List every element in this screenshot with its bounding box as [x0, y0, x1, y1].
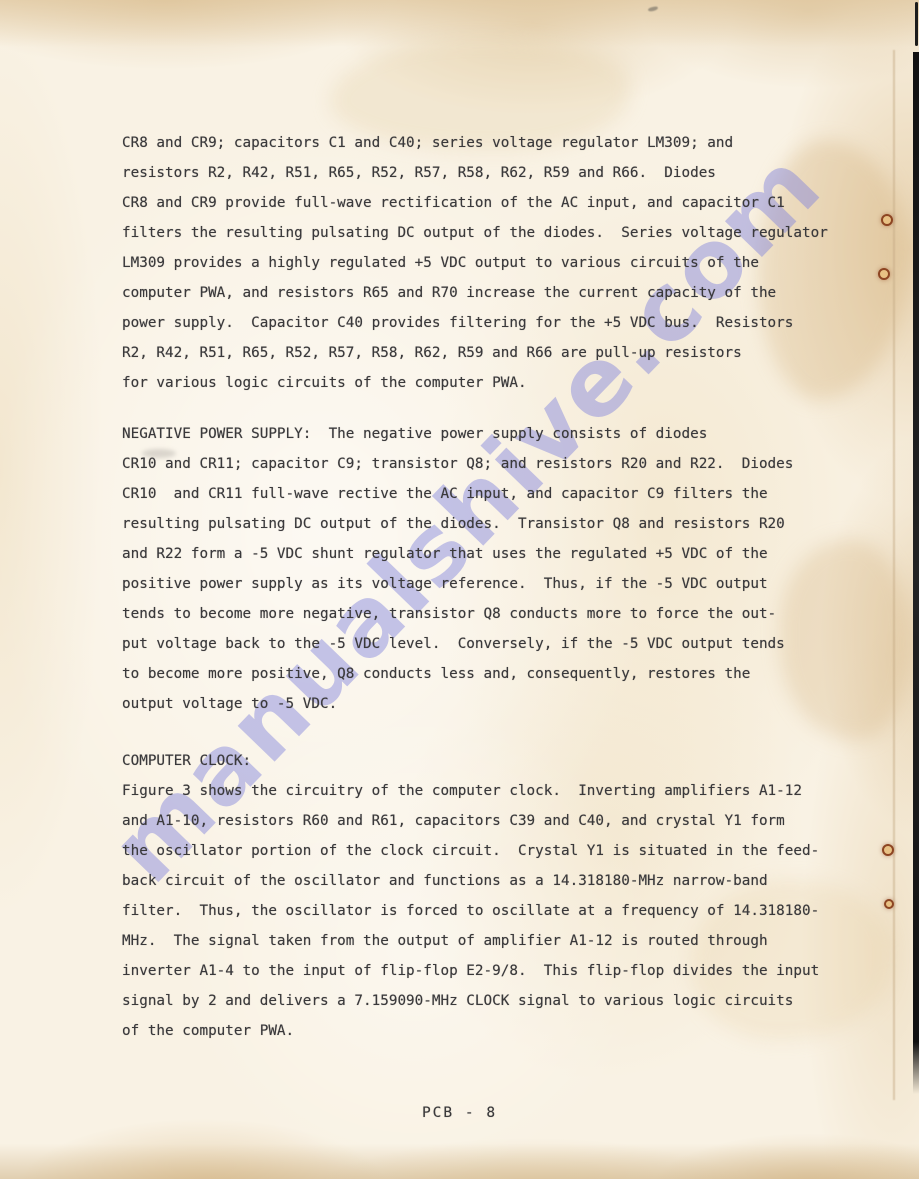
text-line: CR8 and CR9 provide full-wave rectificat…: [122, 188, 828, 218]
text-line: for various logic circuits of the comput…: [122, 368, 828, 398]
text-line: inverter A1-4 to the input of flip-flop …: [122, 956, 819, 986]
text-line: tends to become more negative, transisto…: [122, 599, 793, 629]
text-line: CR8 and CR9; capacitors C1 and C40; seri…: [122, 128, 828, 158]
text-line: COMPUTER CLOCK:: [122, 746, 819, 776]
text-line: output voltage to -5 VDC.: [122, 689, 793, 719]
text-line: Figure 3 shows the circuitry of the comp…: [122, 776, 819, 806]
scanned-manual-page: manualshive.com CR8 and CR9; capacitors …: [0, 0, 919, 1179]
text-line: to become more positive, Q8 conducts les…: [122, 659, 793, 689]
text-line: and A1-10, resistors R60 and R61, capaci…: [122, 806, 819, 836]
page-number: PCB - 8: [0, 1098, 919, 1128]
scan-edge-artifact: [915, 2, 918, 46]
scan-edge-artifact: [913, 52, 919, 1094]
text-line: filters the resulting pulsating DC outpu…: [122, 218, 828, 248]
text-line: the oscillator portion of the clock circ…: [122, 836, 819, 866]
text-line: positive power supply as its voltage ref…: [122, 569, 793, 599]
text-line: and R22 form a -5 VDC shunt regulator th…: [122, 539, 793, 569]
paragraph-computer-clock: COMPUTER CLOCK:Figure 3 shows the circui…: [122, 746, 819, 1046]
text-line: resistors R2, R42, R51, R65, R52, R57, R…: [122, 158, 828, 188]
text-line: LM309 provides a highly regulated +5 VDC…: [122, 248, 828, 278]
paragraph-negative-power-supply: NEGATIVE POWER SUPPLY: The negative powe…: [122, 419, 793, 719]
text-line: back circuit of the oscillator and funct…: [122, 866, 819, 896]
text-line: CR10 and CR11 full-wave rective the AC i…: [122, 479, 793, 509]
text-line: of the computer PWA.: [122, 1016, 819, 1046]
rust-spot: [884, 899, 894, 909]
text-line: power supply. Capacitor C40 provides fil…: [122, 308, 828, 338]
text-line: NEGATIVE POWER SUPPLY: The negative powe…: [122, 419, 793, 449]
text-line: CR10 and CR11; capacitor C9; transistor …: [122, 449, 793, 479]
text-line: signal by 2 and delivers a 7.159090-MHz …: [122, 986, 819, 1016]
rust-spot: [878, 268, 890, 280]
paper-stain: [780, 540, 910, 740]
eraser-smudge: [142, 449, 176, 458]
rust-spot: [882, 844, 894, 856]
text-line: computer PWA, and resistors R65 and R70 …: [122, 278, 828, 308]
rust-spot: [881, 214, 893, 226]
paper-edge-shadow: [893, 50, 895, 1100]
text-line: R2, R42, R51, R65, R52, R57, R58, R62, R…: [122, 338, 828, 368]
text-line: resulting pulsating DC output of the dio…: [122, 509, 793, 539]
paragraph-positive-power-supply: CR8 and CR9; capacitors C1 and C40; seri…: [122, 128, 828, 398]
text-line: filter. Thus, the oscillator is forced t…: [122, 896, 819, 926]
text-line: MHz. The signal taken from the output of…: [122, 926, 819, 956]
paper-speck: [648, 6, 659, 12]
text-line: put voltage back to the -5 VDC level. Co…: [122, 629, 793, 659]
